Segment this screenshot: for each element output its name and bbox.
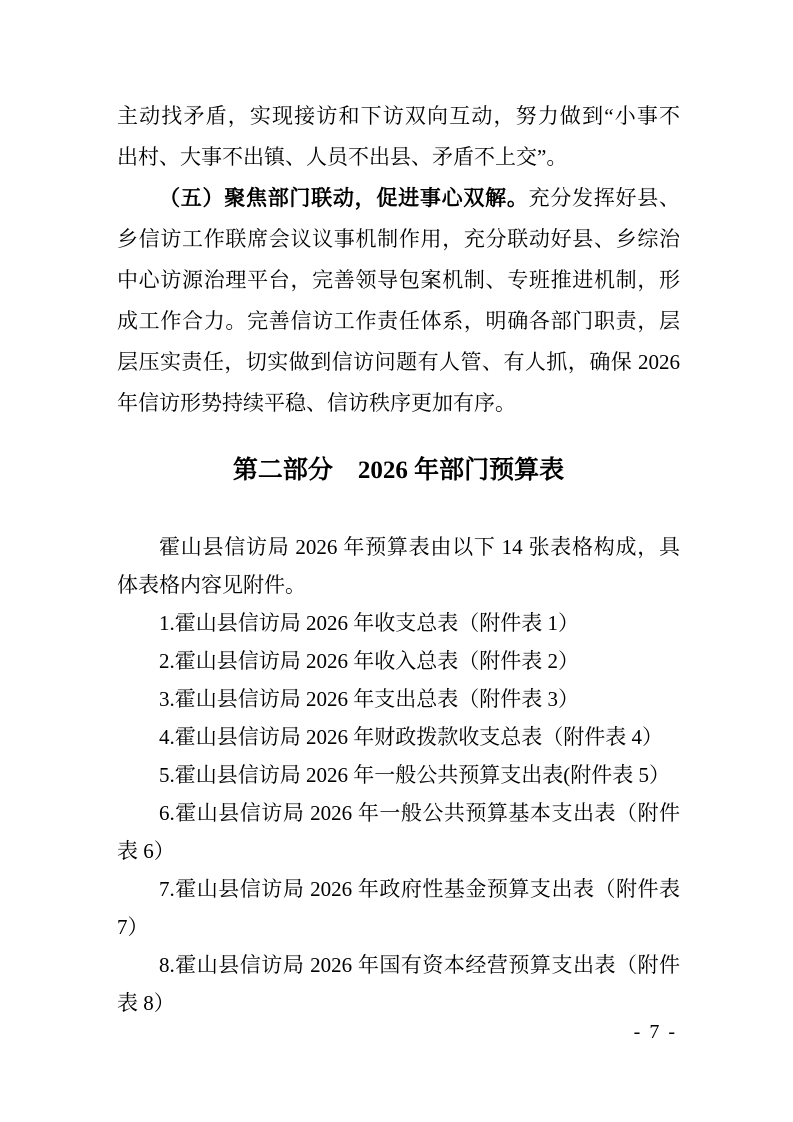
- list-item-line: 2.霍山县信访局 2026 年收入总表（附件表 2）: [117, 642, 680, 680]
- list-item-line: 4.霍山县信访局 2026 年财政拨款收支总表（附件表 4）: [117, 718, 680, 756]
- section-5-lead-rest: 充分发挥好县、: [529, 186, 680, 210]
- text-line: 年信访形势持续平稳、信访秩序更加有序。: [117, 383, 680, 424]
- text-line: 成工作合力。完善信访工作责任体系，明确各部门职责，层: [117, 301, 680, 342]
- table-list-item: 5.霍山县信访局 2026 年一般公共预算支出表(附件表 5）: [117, 756, 680, 794]
- part-2-heading: 第二部分 2026 年部门预算表: [117, 449, 680, 493]
- text-line: 霍山县信访局 2026 年预算表由以下 14 张表格构成，具: [117, 528, 680, 566]
- body-text-top: 主动找矛盾，实现接访和下访双向互动，努力做到“小事不 出村、大事不出镇、人员不出…: [117, 96, 680, 424]
- list-item-line: 1.霍山县信访局 2026 年收支总表（附件表 1）: [117, 604, 680, 642]
- text-line: 主动找矛盾，实现接访和下访双向互动，努力做到“小事不: [117, 96, 680, 137]
- text-line: 乡信访工作联席会议议事机制作用，充分联动好县、乡综治: [117, 219, 680, 260]
- table-list-item: 4.霍山县信访局 2026 年财政拨款收支总表（附件表 4）: [117, 718, 680, 756]
- tables-intro-paragraph: 霍山县信访局 2026 年预算表由以下 14 张表格构成，具 体表格内容见附件。: [117, 528, 680, 604]
- page-number: - 7 -: [634, 1020, 677, 1044]
- text-line: （五）聚焦部门联动，促进事心双解。充分发挥好县、: [117, 178, 680, 219]
- table-list-item: 7.霍山县信访局 2026 年政府性基金预算支出表（附件表 7）: [117, 870, 680, 946]
- document-page: 主动找矛盾，实现接访和下访双向互动，努力做到“小事不 出村、大事不出镇、人员不出…: [0, 0, 793, 1122]
- table-list-item: 2.霍山县信访局 2026 年收入总表（附件表 2）: [117, 642, 680, 680]
- list-item-line: 7.霍山县信访局 2026 年政府性基金预算支出表（附件表: [117, 870, 680, 908]
- list-item-line: 8.霍山县信访局 2026 年国有资本经营预算支出表（附件: [117, 946, 680, 984]
- list-item-line: 3.霍山县信访局 2026 年支出总表（附件表 3）: [117, 680, 680, 718]
- section-5-bold-lead: （五）聚焦部门联动，促进事心双解。: [159, 186, 529, 210]
- table-list-item: 3.霍山县信访局 2026 年支出总表（附件表 3）: [117, 680, 680, 718]
- table-list-item: 1.霍山县信访局 2026 年收支总表（附件表 1）: [117, 604, 680, 642]
- paragraph-continuation: 主动找矛盾，实现接访和下访双向互动，努力做到“小事不 出村、大事不出镇、人员不出…: [117, 96, 680, 178]
- list-item-line: 表 6）: [117, 832, 680, 870]
- table-list-item: 6.霍山县信访局 2026 年一般公共预算基本支出表（附件 表 6）: [117, 794, 680, 870]
- text-line: 中心访源治理平台，完善领导包案机制、专班推进机制，形: [117, 260, 680, 301]
- list-item-line: 5.霍山县信访局 2026 年一般公共预算支出表(附件表 5）: [117, 756, 680, 794]
- list-item-line: 7）: [117, 908, 680, 946]
- paragraph-section-5: （五）聚焦部门联动，促进事心双解。充分发挥好县、 乡信访工作联席会议议事机制作用…: [117, 178, 680, 424]
- table-list-item: 8.霍山县信访局 2026 年国有资本经营预算支出表（附件 表 8）: [117, 946, 680, 1022]
- text-line: 体表格内容见附件。: [117, 566, 680, 604]
- text-line: 层压实责任，切实做到信访问题有人管、有人抓，确保 2026: [117, 342, 680, 383]
- body-text-bottom: 霍山县信访局 2026 年预算表由以下 14 张表格构成，具 体表格内容见附件。…: [117, 528, 680, 1022]
- list-item-line: 6.霍山县信访局 2026 年一般公共预算基本支出表（附件: [117, 794, 680, 832]
- attachment-table-list: 1.霍山县信访局 2026 年收支总表（附件表 1） 2.霍山县信访局 2026…: [117, 604, 680, 1022]
- list-item-line: 表 8）: [117, 984, 680, 1022]
- text-line: 出村、大事不出镇、人员不出县、矛盾不上交”。: [117, 137, 680, 178]
